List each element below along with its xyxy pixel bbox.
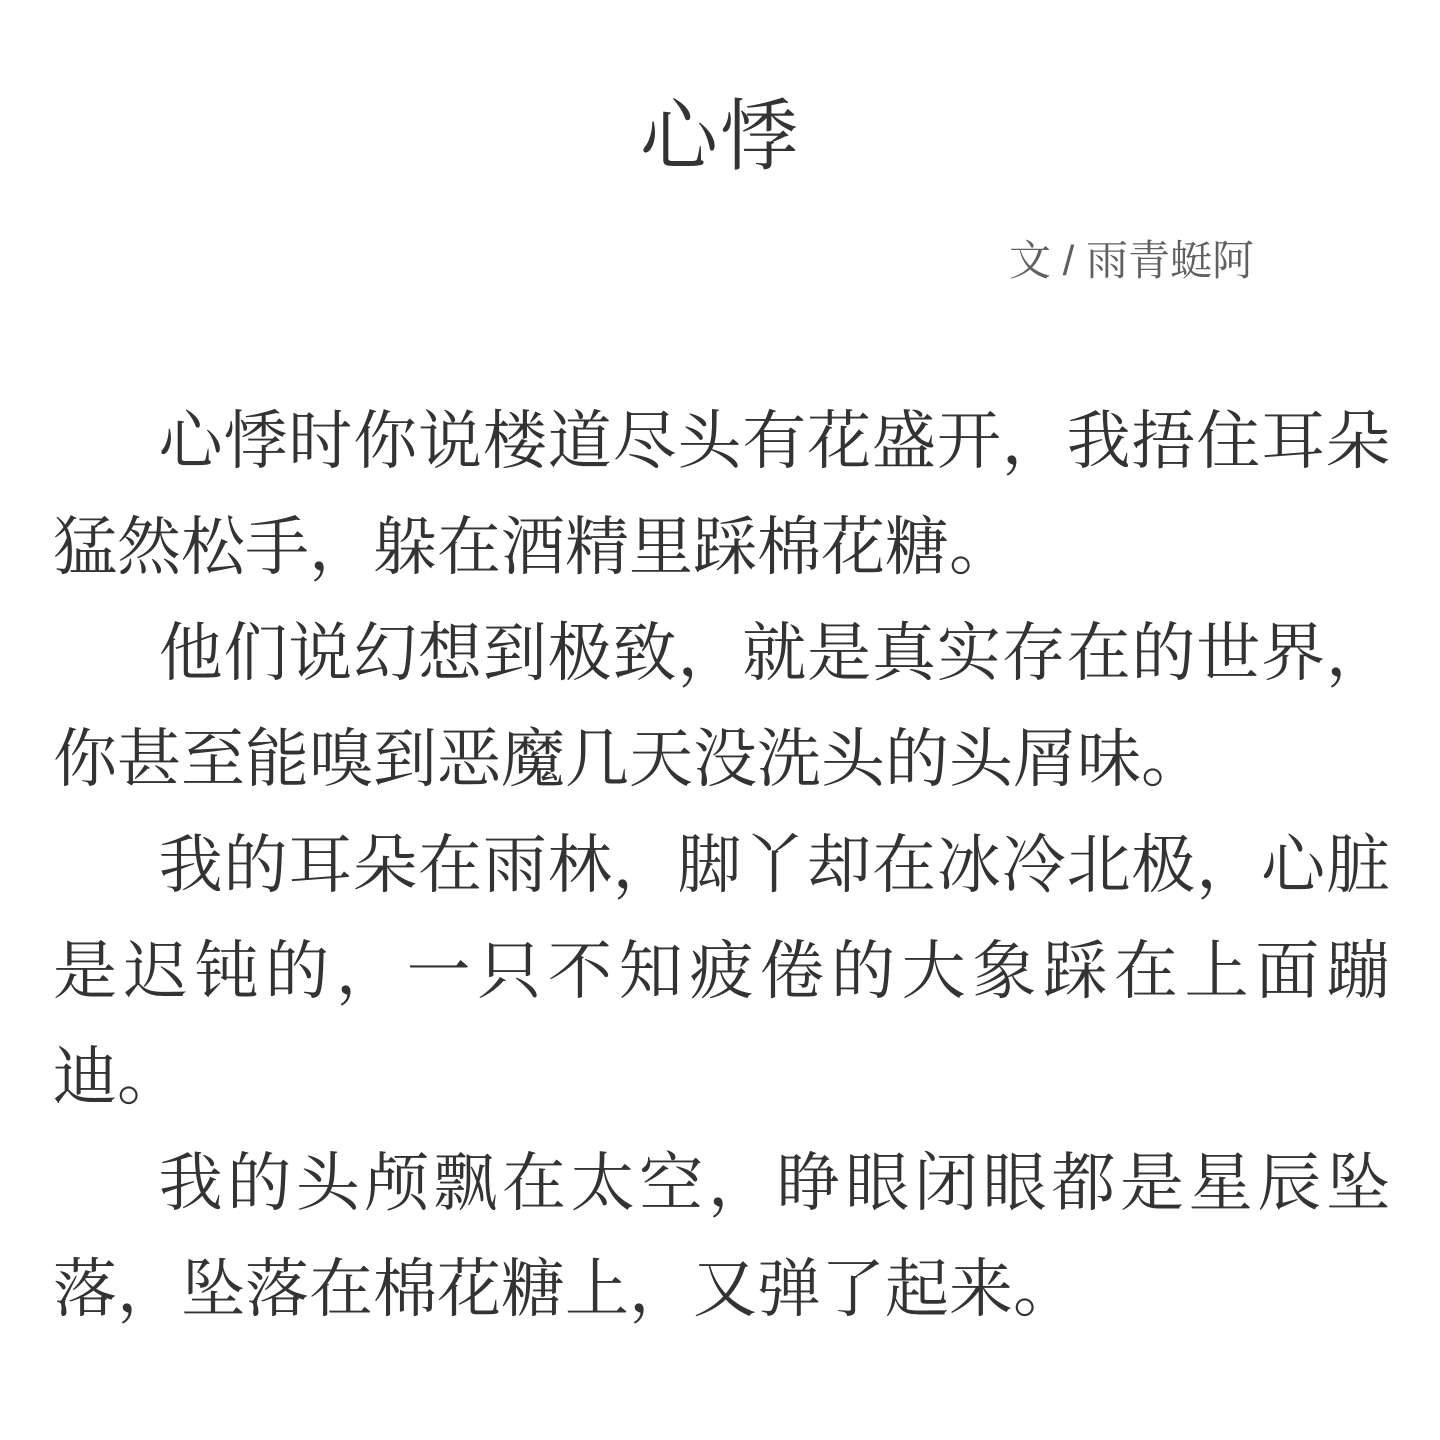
poem-page: 心悸 文 / 雨青蜓阿 心悸时你说楼道尽头有花盛开，我捂住耳朵猛然松手，躲在酒精… [0, 0, 1440, 1440]
author-byline: 文 / 雨青蜓阿 [0, 232, 1440, 291]
paragraph-4: 我的头颅飘在太空，睁眼闭眼都是星辰坠落，坠落在棉花糖上，又弹了起来。 [53, 1130, 1390, 1342]
poem-body: 心悸时你说楼道尽头有花盛开，我捂住耳朵猛然松手，躲在酒精里踩棉花糖。 他们说幻想… [53, 388, 1390, 1342]
paragraph-1: 心悸时你说楼道尽头有花盛开，我捂住耳朵猛然松手，躲在酒精里踩棉花糖。 [53, 388, 1390, 600]
paragraph-2: 他们说幻想到极致，就是真实存在的世界，你甚至能嗅到恶魔几天没洗头的头屑味。 [53, 600, 1390, 812]
page-title: 心悸 [0, 0, 1440, 182]
paragraph-3: 我的耳朵在雨林，脚丫却在冰冷北极，心脏是迟钝的，一只不知疲倦的大象踩在上面蹦迪。 [53, 812, 1390, 1130]
